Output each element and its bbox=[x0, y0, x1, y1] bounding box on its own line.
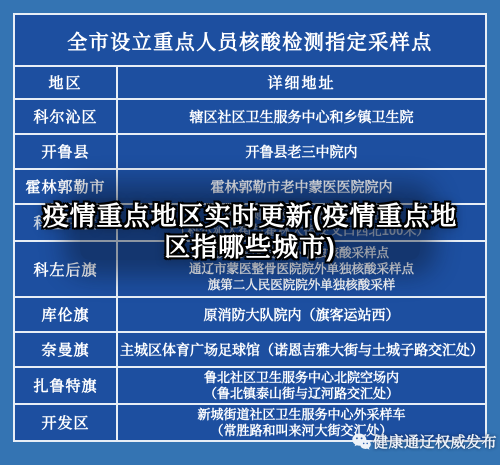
region-cell: 扎鲁特旗 bbox=[14, 367, 117, 404]
table-title: 全市设立重点人员核酸检测指定采样点 bbox=[14, 14, 486, 66]
overlay-caption-line-1: 疫情重点地区实时更新(疫情重点地 bbox=[0, 201, 500, 232]
watermark: 健康通辽权威发布 bbox=[352, 431, 497, 452]
overlay-caption-line-2: 区指哪些城市) bbox=[0, 232, 500, 263]
col-header-address: 详细地址 bbox=[117, 66, 486, 99]
title-row: 全市设立重点人员核酸检测指定采样点 bbox=[14, 14, 486, 66]
address-line: 霍林郭勒市老中蒙医医院院内 bbox=[120, 178, 483, 196]
table-row: 扎鲁特旗鲁北社区卫生服务中心北院空场内（鲁北镇泰山街与辽河路交汇处） bbox=[14, 367, 486, 404]
address-line: 新城街道社区卫生服务中心外采样车 bbox=[120, 407, 483, 423]
region-cell: 科尔沁区 bbox=[14, 99, 117, 134]
address-line: 原消防大队院内（旗客运站西） bbox=[120, 306, 483, 324]
address-line: 辖区社区卫生服务中心和乡镇卫生院 bbox=[120, 108, 483, 126]
address-line: 旗第二人民医院院外单独核酸采样 bbox=[120, 277, 483, 293]
address-line: 通辽市蒙医整骨医院院外单独核酸采样点 bbox=[120, 261, 483, 277]
region-cell: 开鲁县 bbox=[14, 134, 117, 169]
overlay-caption: 疫情重点地区实时更新(疫情重点地 区指哪些城市) bbox=[0, 201, 500, 263]
address-line: （鲁北镇泰山街与辽河路交汇处） bbox=[120, 386, 483, 402]
region-cell: 奈曼旗 bbox=[14, 332, 117, 367]
region-cell: 开发区 bbox=[14, 404, 117, 441]
table-row: 开鲁县开鲁县老三中院内 bbox=[14, 134, 486, 169]
address-line: 主城区体育广场足球馆（诺恩吉雅大街与土城子路交汇处） bbox=[120, 341, 483, 359]
table-row: 库伦旗原消防大队院内（旗客运站西） bbox=[14, 297, 486, 332]
watermark-label: 健康通辽权威发布 bbox=[373, 431, 497, 452]
region-cell: 库伦旗 bbox=[14, 297, 117, 332]
wechat-icon bbox=[352, 433, 371, 450]
address-line: 开鲁县老三中院内 bbox=[120, 143, 483, 161]
address-cell: 辖区社区卫生服务中心和乡镇卫生院 bbox=[117, 99, 486, 134]
address-line: 鲁北社区卫生服务中心北院空场内 bbox=[120, 370, 483, 386]
col-header-region: 地区 bbox=[14, 66, 117, 99]
address-cell: 原消防大队院内（旗客运站西） bbox=[117, 297, 486, 332]
address-cell: 开鲁县老三中院内 bbox=[117, 134, 486, 169]
address-cell: 主城区体育广场足球馆（诺恩吉雅大街与土城子路交汇处） bbox=[117, 332, 486, 367]
table-row: 奈曼旗主城区体育广场足球馆（诺恩吉雅大街与土城子路交汇处） bbox=[14, 332, 486, 367]
address-cell: 鲁北社区卫生服务中心北院空场内（鲁北镇泰山街与辽河路交汇处） bbox=[117, 367, 486, 404]
table-body: 科尔沁区辖区社区卫生服务中心和乡镇卫生院开鲁县开鲁县老三中院内霍林郭勒市霍林郭勒… bbox=[14, 99, 486, 441]
table-row: 科尔沁区辖区社区卫生服务中心和乡镇卫生院 bbox=[14, 99, 486, 134]
header-row: 地区 详细地址 bbox=[14, 66, 486, 99]
poster: 全市设立重点人员核酸检测指定采样点 地区 详细地址 科尔沁区辖区社区卫生服务中心… bbox=[0, 0, 500, 465]
